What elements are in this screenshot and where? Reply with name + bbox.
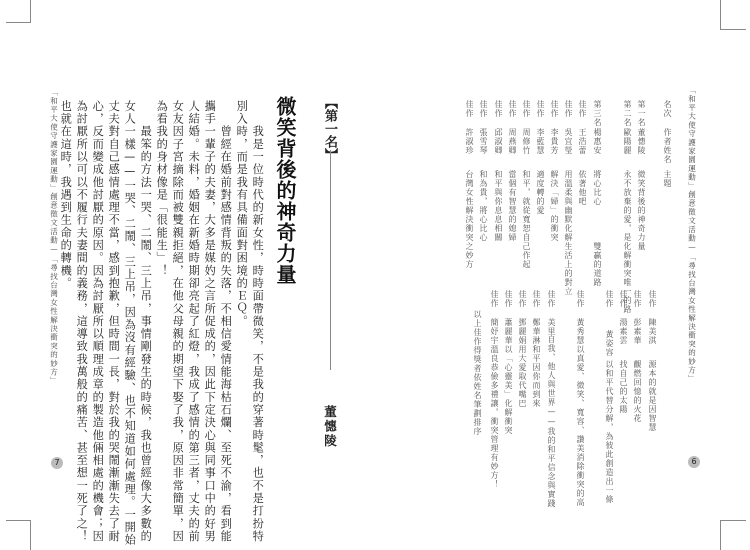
row-author: 王浩蕾 — [578, 128, 586, 155]
row-rank: 第三名 — [593, 100, 601, 127]
essay-column: 攜手一輩子的夫妻，大多是媒妁之言所促成的，因此下定決心與同事口中的好男 — [204, 100, 215, 543]
essay-column: 人結婚。未料，婚姻在新婚時期卻亮起了紅燈，我成了感情的第三者，丈夫的前 — [188, 100, 199, 543]
row-rank: 佳作 — [465, 100, 473, 118]
row-theme: 台灣女性解決衝突之妙方 — [465, 170, 473, 269]
page-number: 6 — [688, 456, 700, 468]
row-author: 簡妤宇 — [490, 318, 498, 345]
row-theme: 當個有智慧的媳婦 — [508, 170, 516, 242]
row-author: 美里 — [547, 318, 555, 336]
table-header-author: 作者姓名 — [663, 128, 671, 164]
row-rank: 佳作 — [564, 100, 572, 118]
row-theme: 以「心靈美」化解衝突 — [504, 345, 512, 435]
row-theme: 以真愛、微笑、寬容、讚美消除衝突的高 — [576, 345, 584, 507]
row-author: 董憓陵 — [637, 128, 645, 155]
table-header-rank: 名次 — [663, 100, 671, 118]
row-rank: 佳作 — [518, 290, 526, 308]
essay-column: 也就在這時，我遇到生命的轉機。 — [60, 100, 71, 290]
essay-column: 心，反而變成他討厭的原因。因為討厭所以順理成章的製造他倆相處的機會；因 — [92, 100, 103, 543]
row-theme: 自我、他人與世界——我的和平信念與實踐 — [547, 335, 555, 508]
row-theme: 溫良恭儉多禮讓，衝突管理有妙方！ — [490, 345, 498, 489]
row-theme: 微笑背後的神奇力量 — [637, 170, 645, 251]
row-theme: 和平因你而到來 — [532, 345, 540, 408]
row-author: 張雪琴 — [479, 128, 487, 155]
row-author: 蕭麗華 — [504, 318, 512, 345]
right-page: 「和平大使守護家園運動」創意徵文活動—「尋找台灣女性解決衝突的妙方」 6 名次 … — [375, 0, 750, 550]
row-theme: 將心比心 雙贏的道路 — [593, 170, 601, 287]
row-theme: 觀燃回憶的火花 — [633, 360, 641, 423]
essay-column: 我是一位時代的新女性，時時面帶微笑，不是我的穿著時髦，也不是打扮特 — [252, 100, 263, 543]
crop-mark-top-right — [720, 0, 746, 30]
row-rank: 佳作 — [633, 290, 641, 308]
row-rank: 佳作 — [550, 100, 558, 118]
row-rank: 佳作 — [605, 290, 613, 308]
row-rank: 佳作 — [522, 100, 530, 118]
crop-mark-top-left — [6, 0, 31, 23]
row-rank: 佳作 — [648, 290, 656, 308]
row-rank: 佳作 — [619, 290, 627, 308]
essay-column: 別入時，而是我有具備面對困境的ＥＱ。 — [236, 100, 247, 328]
row-rank: 佳作 — [536, 100, 544, 118]
row-theme: 依著他吧 — [578, 170, 586, 206]
row-author: 周燕卿 — [508, 128, 516, 155]
row-rank: 第二名 — [623, 100, 631, 127]
row-author: 鄭華淋 — [532, 318, 540, 345]
row-author: 彭素華 — [633, 318, 641, 345]
essay-column: 女友因子宮摘除而被雙親拒絕，在他父母親的期望下娶了我，原因非常簡單，因 — [172, 100, 183, 543]
row-author: 李藍慧 — [536, 128, 544, 155]
row-rank: 佳作 — [508, 100, 516, 118]
essay-column: 為討厭所以可以不履行夫妻間的義務，這導致我萬般的痛苦、甚至想一死了之！ — [76, 100, 87, 543]
row-theme: 和平與你息息相關 — [494, 170, 502, 242]
essay-column: 為看我的身材像是「很能生」！ — [156, 100, 167, 277]
row-author: 歐陽麗 — [623, 128, 631, 155]
essay-column: 丈夫對自己感情處理不當，感到抱歉，但時間一長，對於我的哭鬧漸漸失去了耐 — [108, 100, 119, 543]
row-rank: 佳作 — [578, 100, 586, 118]
crop-mark-bottom-left — [6, 520, 31, 550]
row-author: 陳美淇 — [648, 318, 656, 345]
left-page: 「和平大使守護家園運動」創意徵文活動—「尋找台灣女性解決衝突的妙方」 7 【第一… — [0, 0, 375, 550]
row-theme: 和平，就從寬恕自己作起 — [522, 170, 530, 269]
row-theme: 以和平代替分解，為彼此創造出一條 — [605, 360, 613, 504]
row-rank: 佳作 — [532, 290, 540, 308]
row-theme: 用大愛取代嘴巴 — [518, 345, 526, 408]
row-author: 邱淑卿 — [494, 128, 502, 155]
running-head: 「和平大使守護家園運動」創意徵文活動—「尋找台灣女性解決衝突的妙方」 — [50, 88, 58, 385]
essay-column: 女人一樣——一哭、二鬧、三上吊，因為沒有經驗、也不知道如何處理。一開始 — [124, 100, 135, 546]
row-author: 湯素雲 — [619, 318, 627, 345]
row-author: 鄧麗娟 — [518, 318, 526, 345]
author-name: 董憓陵 — [323, 405, 336, 449]
row-theme: 用溫柔與幽默化解生活上的對立 — [564, 170, 572, 296]
essay-title: 微笑背後的神奇力量 — [275, 96, 295, 285]
row-rank: 佳作 — [576, 290, 584, 308]
row-theme: 找自己的太陽 — [619, 360, 627, 414]
page-number: 7 — [51, 457, 63, 469]
row-author: 許淑珍 — [465, 128, 473, 155]
table-header-theme: 主題 — [663, 170, 671, 188]
table-footnote: 以上佳作得獎者依姓名筆劃排序 — [473, 310, 481, 436]
essay-column: 最笨的方法一哭、二鬧、三上吊，事情剛發生的時候，我也曾經像大多數的 — [140, 100, 151, 543]
row-rank: 佳作 — [504, 290, 512, 308]
row-rank: 第一名 — [637, 100, 645, 127]
row-author: 黃姿容 — [605, 330, 613, 357]
row-author: 吳宜瑩 — [564, 128, 572, 155]
rank-rule — [330, 150, 331, 370]
essay-column: 曾經在婚前對感情背叛的失落，不相信愛情能海枯石爛、至死不渝，看到能 — [220, 100, 231, 543]
row-author: 楊惠安 — [593, 128, 601, 155]
row-theme: 適度轉的愛 — [536, 170, 544, 215]
row-theme: 解決「婦」的衝突 — [550, 170, 558, 242]
row-rank: 佳作 — [479, 100, 487, 118]
row-theme: 和為貴，將心比心 — [479, 170, 487, 242]
crop-mark-bottom-right — [720, 520, 746, 550]
row-theme: 源本的就是因智慧 — [648, 360, 656, 432]
row-author: 黃秀慧 — [576, 318, 584, 345]
row-rank: 佳作 — [490, 290, 498, 308]
row-author: 李貴芳 — [550, 128, 558, 155]
row-rank: 佳作 — [547, 290, 555, 308]
row-author: 周修竹 — [522, 128, 530, 155]
running-head: 「和平大使守護家園運動」創意徵文活動—「尋找台灣女性解決衝突的妙方」 — [688, 86, 696, 383]
row-rank: 佳作 — [494, 100, 502, 118]
